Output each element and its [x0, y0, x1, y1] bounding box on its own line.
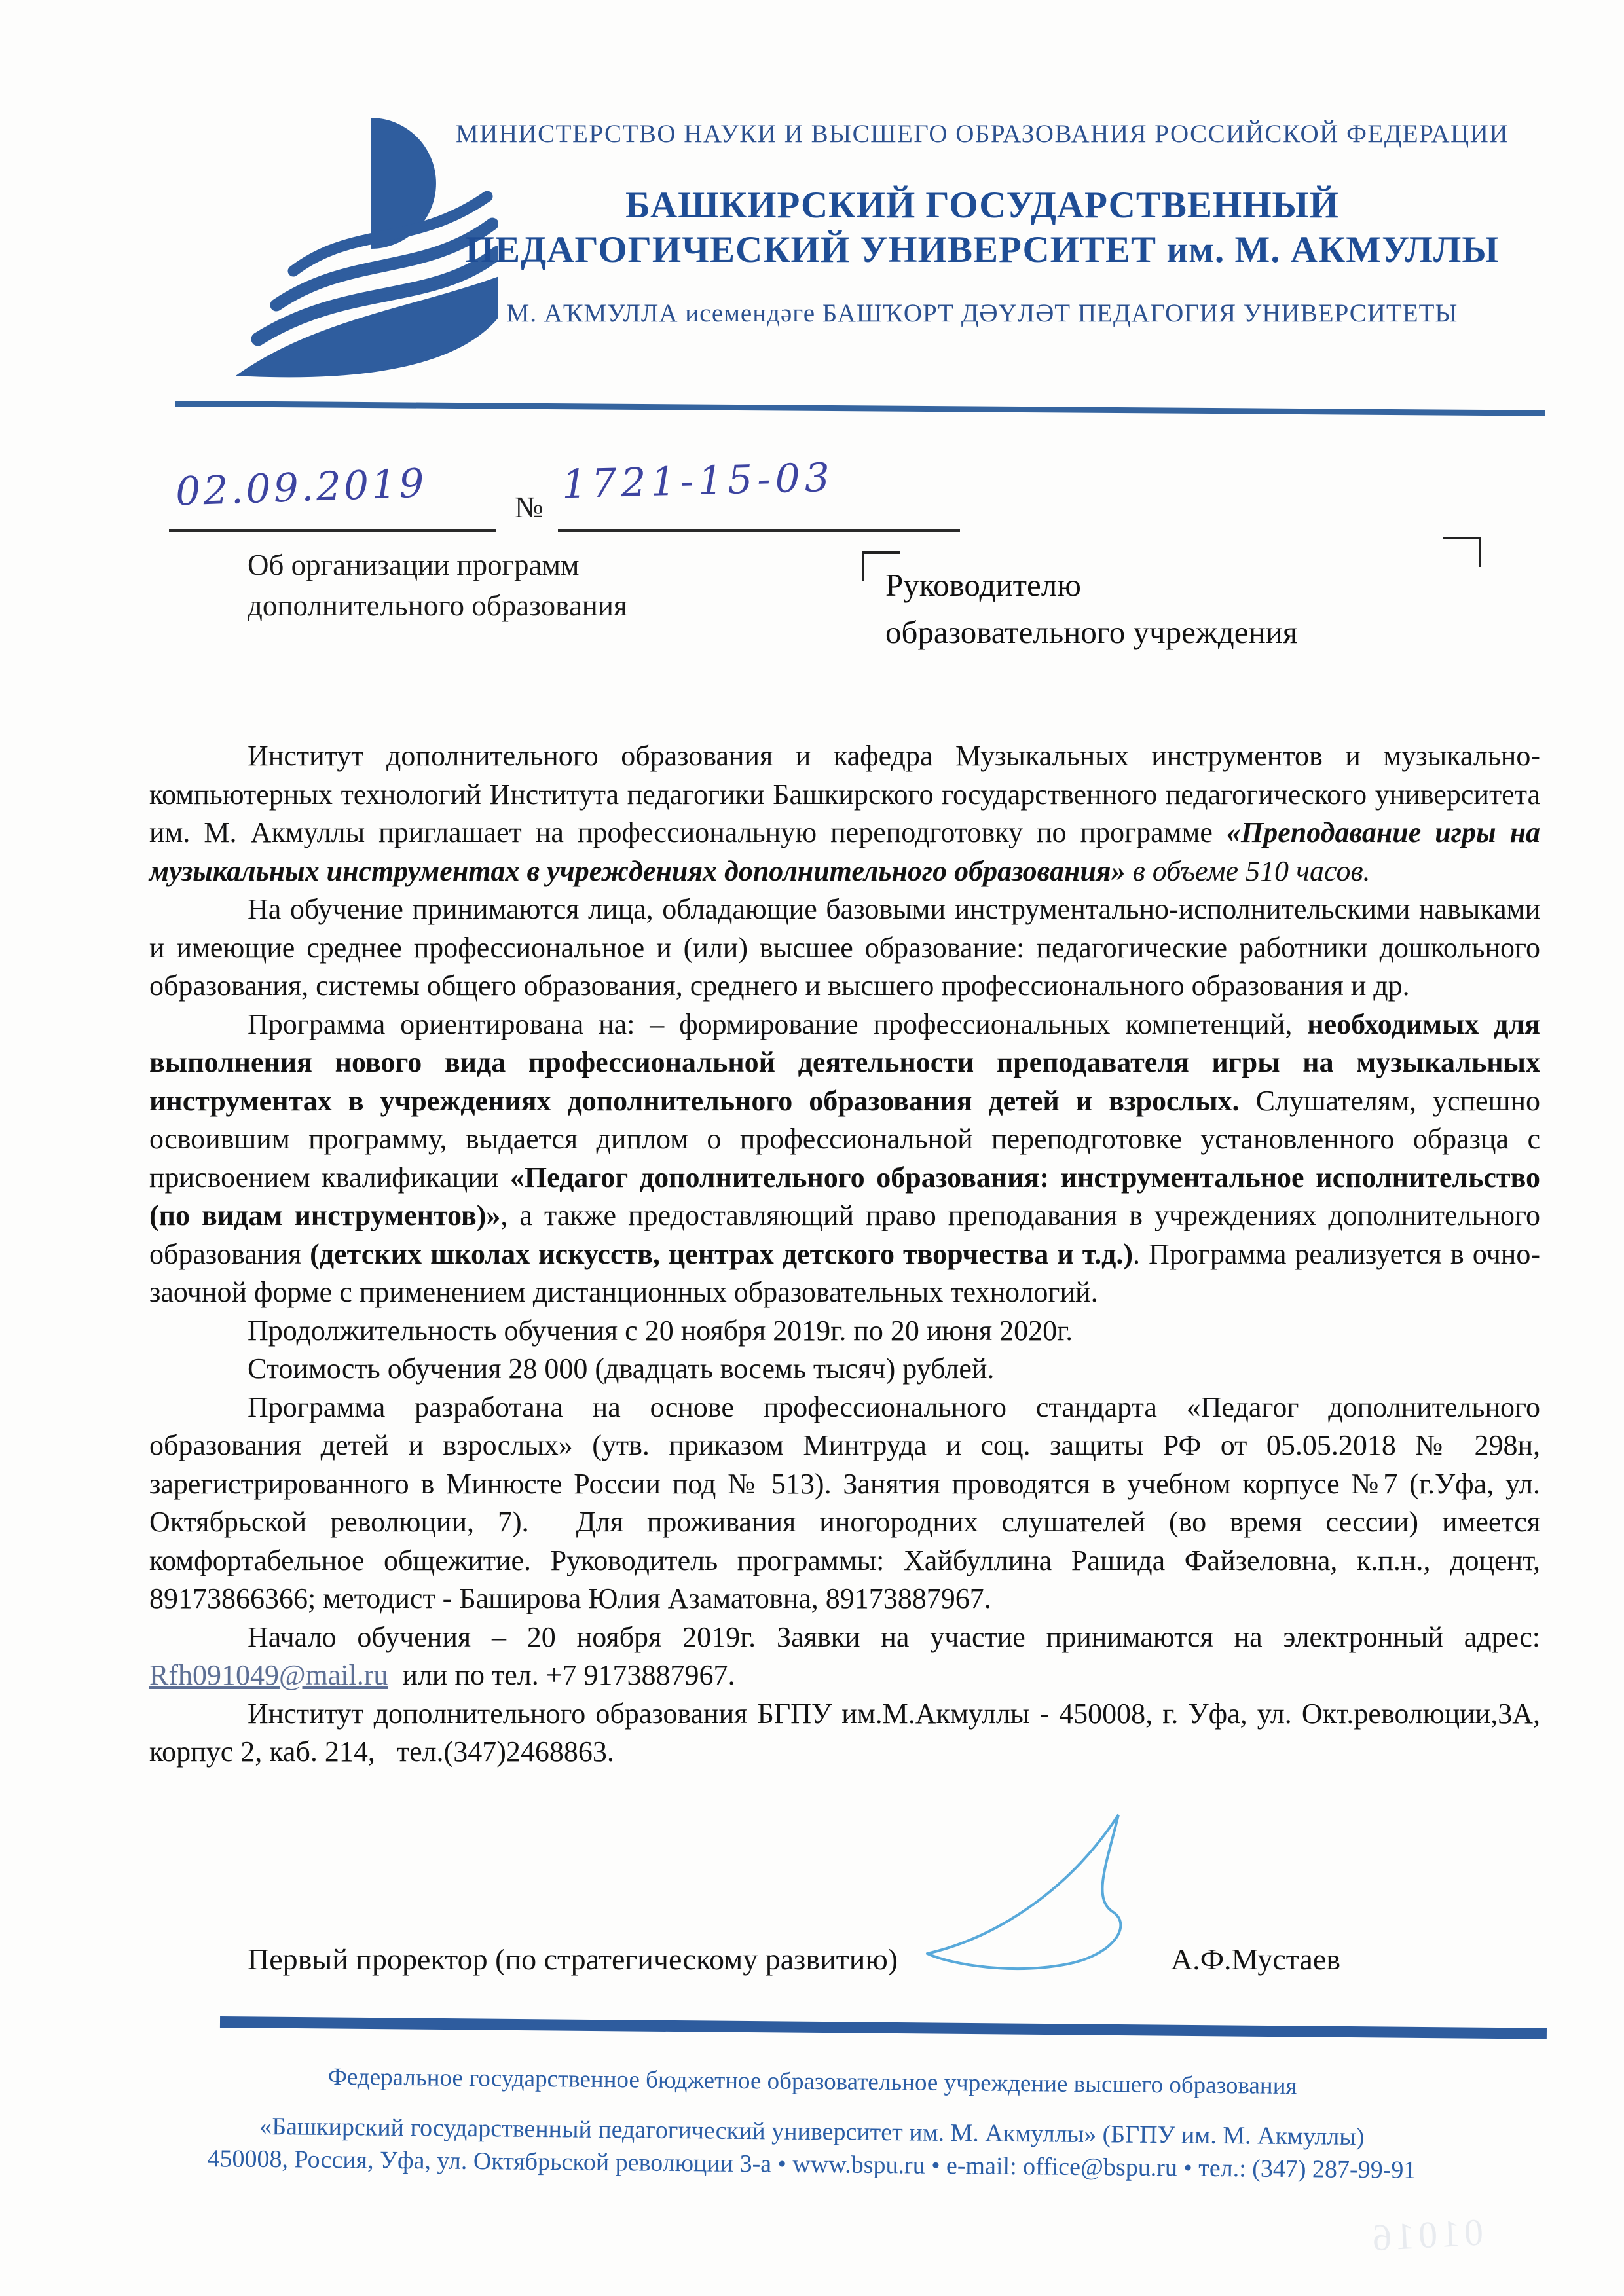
signature-name: А.Ф.Мустаев	[1171, 1942, 1340, 1977]
text-segment: (детских школах искусств, центрах детско…	[310, 1238, 1133, 1270]
letter-page: МИНИСТЕРСТВО НАУКИ И ВЫСШЕГО ОБРАЗОВАНИЯ…	[0, 0, 1624, 2296]
body-paragraph: Начало обучения – 20 ноября 2019г. Заявк…	[149, 1618, 1540, 1695]
subject-block: Об организации программ дополнительного …	[248, 545, 627, 626]
text-segment: Программа ориентирована на: – формирован…	[248, 1008, 1307, 1040]
text-segment: Стоимость обучения 28 000 (двадцать восе…	[248, 1353, 994, 1385]
signature-autograph	[915, 1799, 1197, 1995]
addressee-block: Руководителю образовательного учреждения	[885, 562, 1297, 656]
number-underline	[558, 529, 960, 532]
body-paragraph: Программа ориентирована на: – формирован…	[149, 1006, 1540, 1312]
footer-line-1: Федеральное государственное бюджетное об…	[75, 2060, 1549, 2103]
subject-line2: дополнительного образования	[248, 585, 627, 626]
header-rule	[175, 401, 1545, 416]
university-name: БАШКИРСКИЙ ГОСУДАРСТВЕННЫЙ ПЕДАГОГИЧЕСКИ…	[419, 183, 1545, 272]
text-segment: или по тел. +7 9173887967.	[388, 1659, 735, 1691]
university-name-line2: ПЕДАГОГИЧЕСКИЙ УНИВЕРСИТЕТ им. М. АКМУЛЛ…	[419, 228, 1545, 272]
body-paragraph: Институт дополнительного образования и к…	[149, 737, 1540, 890]
ministry-line: МИНИСТЕРСТВО НАУКИ И ВЫСШЕГО ОБРАЗОВАНИЯ…	[419, 119, 1545, 149]
subject-line1: Об организации программ	[248, 545, 627, 585]
date-underline	[169, 529, 496, 532]
footer-rule	[220, 2016, 1547, 2039]
body-paragraph: На обучение принимаются лица, обладающие…	[149, 890, 1540, 1006]
body-paragraph: Программа разработана на основе професси…	[149, 1389, 1540, 1618]
email-link[interactable]: Rfh091049@mail.ru	[149, 1659, 388, 1691]
university-name-line1: БАШКИРСКИЙ ГОСУДАРСТВЕННЫЙ	[419, 183, 1545, 228]
handwritten-date: 02.09.2019	[175, 460, 428, 515]
body-paragraph: Продолжительность обучения с 20 ноября 2…	[149, 1312, 1540, 1351]
text-segment: Программа разработана на основе професси…	[149, 1391, 1540, 1615]
letter-body: Институт дополнительного образования и к…	[149, 737, 1540, 1772]
addressee-corner-right	[1443, 537, 1481, 567]
body-paragraph: Стоимость обучения 28 000 (двадцать восе…	[149, 1350, 1540, 1389]
university-name-bashkir: М. АҠМУЛЛА исемендәге БАШҠОРТ ДӘҮЛӘТ ПЕД…	[419, 299, 1545, 328]
text-segment: Институт дополнительного образования БГП…	[149, 1698, 1540, 1768]
footer-block: Федеральное государственное бюджетное об…	[75, 2060, 1549, 2188]
addressee-line1: Руководителю	[885, 562, 1297, 609]
text-segment: Начало обучения – 20 ноября 2019г. Заявк…	[248, 1621, 1540, 1653]
text-segment: Продолжительность обучения с 20 ноября 2…	[248, 1315, 1073, 1347]
text-segment: На обучение принимаются лица, обладающие…	[149, 893, 1540, 1002]
addressee-line2: образовательного учреждения	[885, 609, 1297, 656]
signature-title: Первый проректор (по стратегическому раз…	[248, 1942, 898, 1977]
handwritten-number: 1721-15-03	[561, 455, 835, 508]
body-paragraph: Институт дополнительного образования БГП…	[149, 1695, 1540, 1772]
bleed-through-number: 01016	[1367, 2210, 1484, 2259]
text-segment: в объеме 510 часов.	[1126, 855, 1371, 887]
number-sign: №	[515, 490, 544, 524]
